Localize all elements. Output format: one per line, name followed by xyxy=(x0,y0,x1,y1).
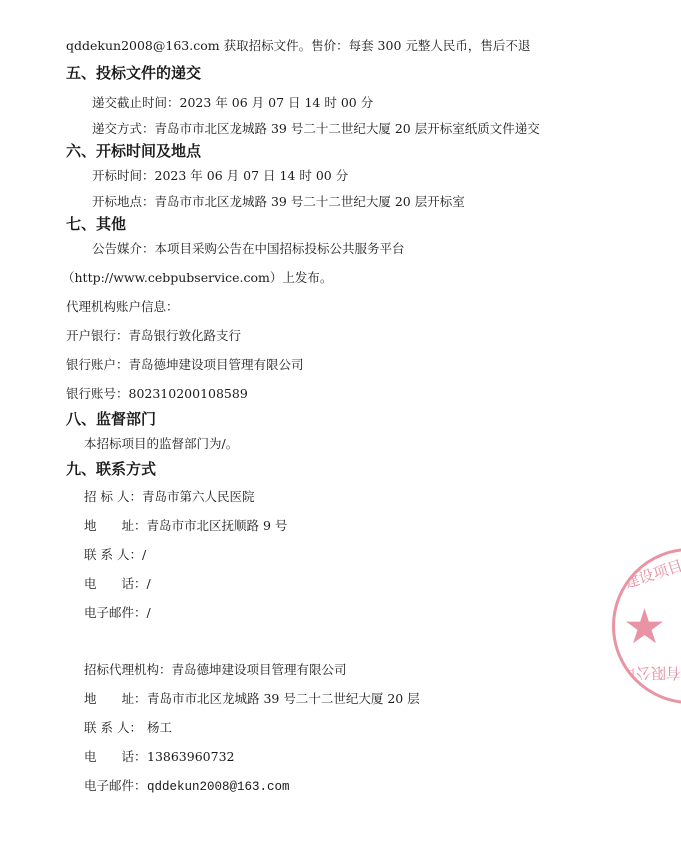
agency-contact-row: 联 系 人：杨工 xyxy=(84,720,172,736)
seal-text-top: 建设项目管 xyxy=(622,550,681,593)
purchase-info-line: qddekun2008@163.com 获取招标文件。售价：每套 300 元整人… xyxy=(66,38,530,54)
field-label: 电 话： xyxy=(84,749,147,765)
supervision-text: 本招标项目的监督部门为/。 xyxy=(84,436,238,452)
account-info-title: 代理机构账户信息： xyxy=(66,299,179,315)
section-8-heading: 八、监督部门 xyxy=(66,410,156,428)
account-name: 银行账户：青岛德坤建设项目管理有限公司 xyxy=(66,357,304,373)
bank-name: 开户银行：青岛银行敦化路支行 xyxy=(66,328,241,344)
tenderer-phone-row: 电 话：/ xyxy=(84,576,151,592)
section-6-heading: 六、开标时间及地点 xyxy=(66,142,201,160)
field-label: 地 址： xyxy=(84,691,147,707)
tenderer-address-row: 地 址：青岛市市北区抚顺路 9 号 xyxy=(84,518,287,534)
seal-text-bottom: 理有限公司 xyxy=(621,663,681,684)
official-seal: 建设项目管 ★ 理有限公司 xyxy=(612,548,681,704)
field-value: 13863960732 xyxy=(147,749,234,764)
announcement-media: 公告媒介：本项目采购公告在中国招标投标公共服务平台 xyxy=(92,241,405,257)
field-value: / xyxy=(147,576,151,591)
field-label: 招标代理机构： xyxy=(84,662,172,678)
tenderer-email-row: 电子邮件：/ xyxy=(84,605,151,621)
agency-email-row: 电子邮件：qddekun2008@163.com xyxy=(84,778,290,795)
field-label: 联 系 人： xyxy=(84,720,147,736)
submission-method: 递交方式：青岛市市北区龙城路 39 号二十二世纪大厦 20 层开标室纸质文件递交 xyxy=(92,121,540,137)
section-5-heading: 五、投标文件的递交 xyxy=(66,64,201,82)
opening-time: 开标时间：2023 年 06 月 07 日 14 时 00 分 xyxy=(92,168,348,184)
tenderer-name-row: 招 标 人：青岛市第六人民医院 xyxy=(84,489,254,505)
agency-address-row: 地 址：青岛市市北区龙城路 39 号二十二世纪大厦 20 层 xyxy=(84,691,420,707)
field-label: 电子邮件： xyxy=(84,605,147,621)
section-7-heading: 七、其他 xyxy=(66,215,126,233)
field-label: 电 话： xyxy=(84,576,147,592)
field-value: 青岛市市北区抚顺路 9 号 xyxy=(147,518,288,533)
field-value: 青岛市市北区龙城路 39 号二十二世纪大厦 20 层 xyxy=(147,691,420,706)
tenderer-contact-row: 联 系 人：/ xyxy=(84,547,146,563)
section-9-heading: 九、联系方式 xyxy=(66,460,156,478)
field-label: 联 系 人： xyxy=(84,547,142,563)
field-label: 招 标 人： xyxy=(84,489,142,505)
field-value: qddekun2008@163.com xyxy=(147,780,290,794)
submission-deadline: 递交截止时间：2023 年 06 月 07 日 14 时 00 分 xyxy=(92,95,373,111)
agency-phone-row: 电 话：13863960732 xyxy=(84,749,234,765)
account-number: 银行账号：802310200108589 xyxy=(66,386,248,402)
announcement-url: （http://www.cebpubservice.com）上发布。 xyxy=(62,270,332,286)
field-value: 青岛德坤建设项目管理有限公司 xyxy=(172,662,347,677)
field-label: 地 址： xyxy=(84,518,147,534)
seal-star-icon: ★ xyxy=(623,603,666,651)
opening-place: 开标地点：青岛市市北区龙城路 39 号二十二世纪大厦 20 层开标室 xyxy=(92,194,465,210)
agency-name-row: 招标代理机构：青岛德坤建设项目管理有限公司 xyxy=(84,662,347,678)
field-label: 电子邮件： xyxy=(84,778,147,794)
field-value: / xyxy=(142,547,146,562)
field-value: 杨工 xyxy=(147,720,172,735)
field-value: 青岛市第六人民医院 xyxy=(142,489,255,504)
field-value: / xyxy=(147,605,151,620)
